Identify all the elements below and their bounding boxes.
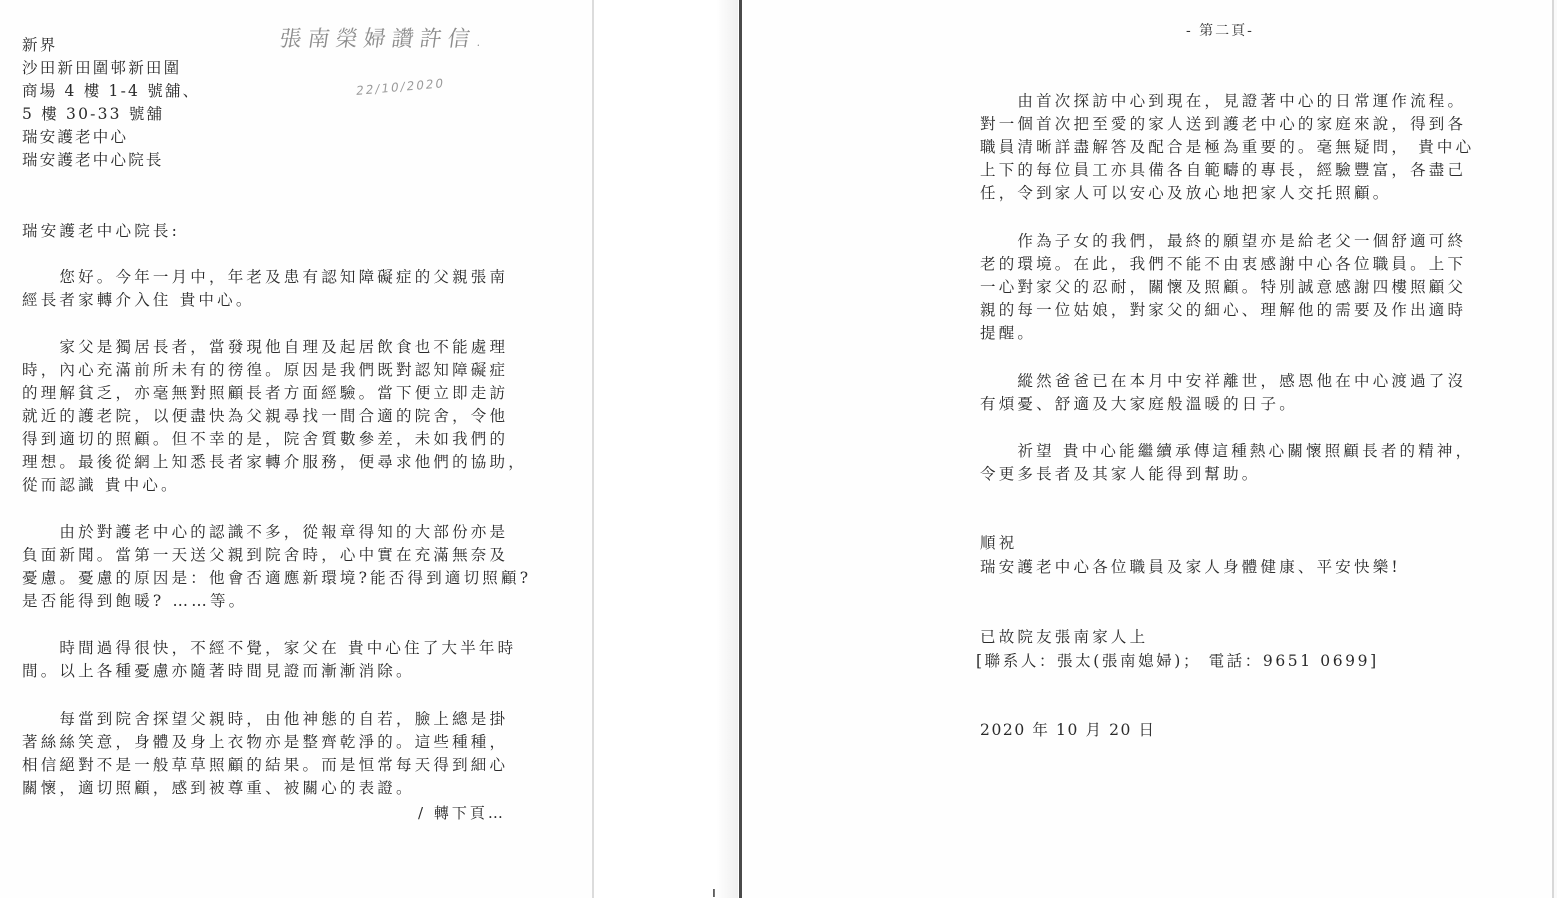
gutter-mark: ı (712, 888, 716, 898)
address-line: 瑞安護老中心院長 (22, 149, 164, 172)
closing-line: 順祝 (980, 532, 1017, 555)
body-line: 作為子女的我們，最終的願望亦是給老父一個舒適可終 (980, 230, 1466, 253)
body-line: 間。以上各種憂慮亦隨著時間見證而漸漸消除。 (22, 660, 522, 683)
body-line: 從而認識 貴中心。 (22, 474, 522, 497)
body-line: 關懷，適切照顧，感到被尊重、被關心的表證。 (22, 777, 522, 800)
body-line: 時，內心充滿前所未有的徬徨。原因是我們既對認知障礙症 (22, 359, 522, 382)
body-line: 您好。今年一月中，年老及患有認知障礙症的父親張南 (22, 266, 522, 289)
body-line: 經長者家轉介入住 貴中心。 (22, 289, 522, 312)
body-line: 家父是獨居長者，當發現他自理及起居飲食也不能處理 (22, 336, 522, 359)
body-line: 有煩憂、舒適及大家庭般溫暖的日子。 (980, 393, 1298, 416)
body-line: 縱然爸爸已在本月中安祥離世，感恩他在中心渡過了沒 (980, 370, 1466, 393)
handwritten-date: 22/10/2020 (355, 76, 446, 98)
body-line: 是否能得到飽暖? ……等。 (22, 590, 522, 613)
address-line: 5 樓 30-33 號舖 (22, 103, 164, 126)
body-line: 祈望 貴中心能繼續承傳這種熱心關懷照顧長者的精神， (980, 440, 1474, 463)
body-line: 一心對家父的忍耐，關懷及照顧。特別誠意感謝四樓照顧父 (980, 276, 1466, 299)
body-line: 時間過得很快，不經不覺，家父在 貴中心住了大半年時 (22, 637, 522, 660)
address-line: 新界 (22, 34, 57, 57)
address-line: 沙田新田圍邨新田圍 (22, 57, 181, 80)
body-line: 老的環境。在此，我們不能不由衷感謝中心各位職員。上下 (980, 253, 1466, 276)
continue-next-page-note: / 轉下頁… (418, 802, 506, 823)
body-line: 對一個首次把至愛的家人送到護老中心的家庭來說，得到各 (980, 113, 1466, 136)
body-line: 任，令到家人可以安心及放心地把家人交托照顧。 (980, 182, 1391, 205)
body-line: 負面新聞。當第一天送父親到院舍時，心中實在充滿無奈及 (22, 544, 522, 567)
body-line: 相信絕對不是一般草草照顧的結果。而是恒常每天得到細心 (22, 754, 522, 777)
page-number-label: - 第二頁- (1186, 20, 1254, 40)
body-line: 上下的每位員工亦具備各自範疇的專長，經驗豐富，各盡己 (980, 159, 1466, 182)
body-line: 職員清晰詳盡解答及配合是極為重要的。毫無疑問， 貴中心 (980, 136, 1474, 159)
letter-date: 2020 年 10 月 20 日 (980, 719, 1156, 742)
body-line: 每當到院舍探望父親時，由他神態的自若，臉上總是掛 (22, 708, 522, 731)
body-line: 提醒。 (980, 322, 1036, 345)
address-line: 瑞安護老中心 (22, 126, 128, 149)
body-line: 親的每一位姑娘，對家父的細心、理解他的需要及作出適時 (980, 299, 1466, 322)
signature-line: 已故院友張南家人上 (980, 626, 1148, 649)
salutation: 瑞安護老中心院長: (22, 220, 522, 243)
body-line: 的理解貧乏，亦毫無對照顧長者方面經驗。當下便立即走訪 (22, 382, 522, 405)
body-line: 由於對護老中心的認識不多，從報章得知的大部份亦是 (22, 521, 522, 544)
page-gutter (594, 0, 738, 898)
body-line: 令更多長者及其家人能得到幫助。 (980, 463, 1261, 486)
wishes-line: 瑞安護老中心各位職員及家人身體健康、平安快樂! (980, 556, 1401, 579)
handwritten-annotation: 張南榮婦讚許信. (278, 22, 491, 53)
body-line: 由首次探訪中心到現在，見證著中心的日常運作流程。 (980, 90, 1466, 113)
address-line: 商場 4 樓 1-4 號舖、 (22, 80, 200, 103)
contact-line: [聯系人：張太(張南媳婦)； 電話：9651 0699] (976, 650, 1379, 673)
body-line: 憂慮。憂慮的原因是：他會否適應新環境?能否得到適切照顧? (22, 567, 522, 590)
letter-page-1: 張南榮婦讚許信. 22/10/2020 新界 沙田新田圍邨新田圍 商場 4 樓 … (0, 0, 592, 898)
body-line: 得到適切的照顧。但不幸的是，院舍質數參差，未如我們的 (22, 428, 522, 451)
body-line: 就近的護老院，以便盡快為父親尋找一間合適的院舍，令他 (22, 405, 522, 428)
body-line: 理想。最後從網上知悉長者家轉介服務，便尋求他們的協助， (22, 451, 522, 474)
body-line: 著絲絲笑意，身體及身上衣物亦是整齊乾淨的。這些種種， (22, 731, 522, 754)
